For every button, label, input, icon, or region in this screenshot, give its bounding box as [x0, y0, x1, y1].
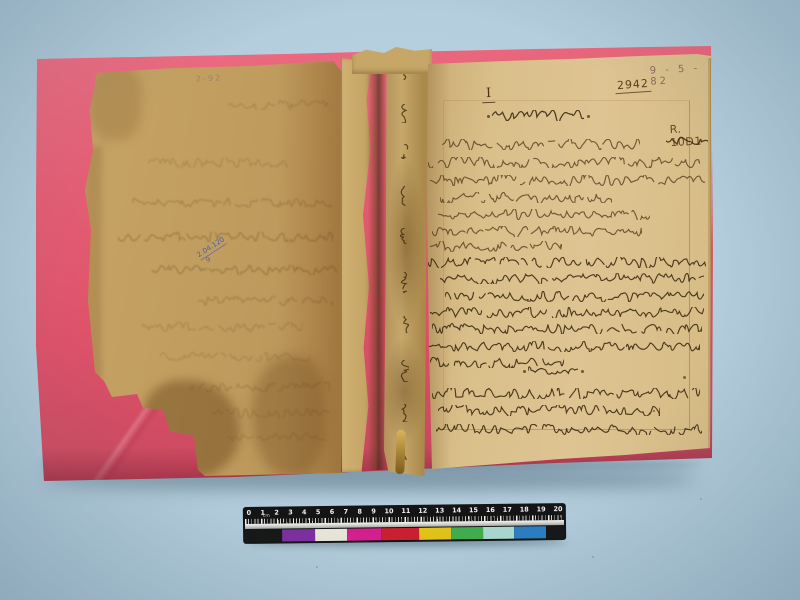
ink-speck: [683, 376, 686, 379]
ruler-number: 7: [343, 508, 349, 517]
color-patch: [546, 526, 564, 538]
ruler-number: 3: [287, 508, 293, 517]
ruler-number: 8: [357, 508, 363, 517]
ruler-number: 14: [452, 506, 461, 515]
binding-crevice: [368, 56, 386, 470]
dust-speck: [592, 556, 594, 558]
ruler-number: 16: [486, 506, 495, 515]
ink-speck: [668, 394, 671, 397]
spine-ink-marks: [384, 52, 428, 476]
ruler-number: 2: [274, 509, 280, 518]
dust-speck: [700, 498, 702, 500]
ruler-number: 18: [520, 505, 529, 514]
color-patch: [347, 528, 381, 540]
ruler-number: 19: [537, 505, 546, 514]
ruler-number: 0: [246, 509, 252, 518]
ruler-number: 11: [401, 507, 410, 516]
binding-spine-strip: [384, 52, 428, 476]
heading-dot: [487, 115, 490, 118]
ruler-number: 15: [469, 506, 478, 515]
ruler-number: 9: [371, 507, 377, 516]
ruler-number: 6: [329, 508, 335, 517]
ruler-number: 17: [503, 506, 512, 515]
ruler-number: 4: [301, 508, 307, 517]
heading-dot: [587, 115, 590, 118]
dust-speck: [316, 566, 318, 568]
ink-speck: [653, 410, 655, 412]
scale-ruler: 0 1 2 3 4 5 6 7 8 9 10 11 12 13 14 15 16…: [243, 503, 566, 544]
color-calibration-patches: [245, 526, 564, 542]
color-patch: [245, 530, 282, 542]
color-patch: [451, 527, 483, 539]
pencil-mark: 2-92: [196, 73, 223, 83]
handwritten-tamil-text-block: [425, 46, 714, 470]
color-patch: [381, 528, 419, 540]
spine-top-wrap: [352, 47, 432, 74]
color-patch: [419, 527, 451, 539]
right-manuscript-page: 9 - 5 - 82 2942 I R. 10D1: [425, 46, 714, 470]
ruler-number: 12: [418, 507, 427, 516]
heading-dot: [581, 370, 584, 373]
brass-binding-pin: [395, 430, 406, 474]
color-patch: [515, 526, 547, 538]
heading-dot: [523, 370, 526, 373]
ruler-number: 13: [435, 507, 444, 516]
photograph-of-open-manuscript-folder: 2-92 2.04.120 9 9 - 5 - 82 2942 I R. 10D…: [0, 0, 800, 600]
ruler-number: 10: [384, 507, 393, 516]
color-patch: [315, 529, 347, 541]
color-patch: [483, 527, 515, 539]
color-patch: [282, 529, 316, 541]
ruler-number: 20: [553, 505, 562, 514]
ruler-number: 5: [315, 508, 321, 517]
